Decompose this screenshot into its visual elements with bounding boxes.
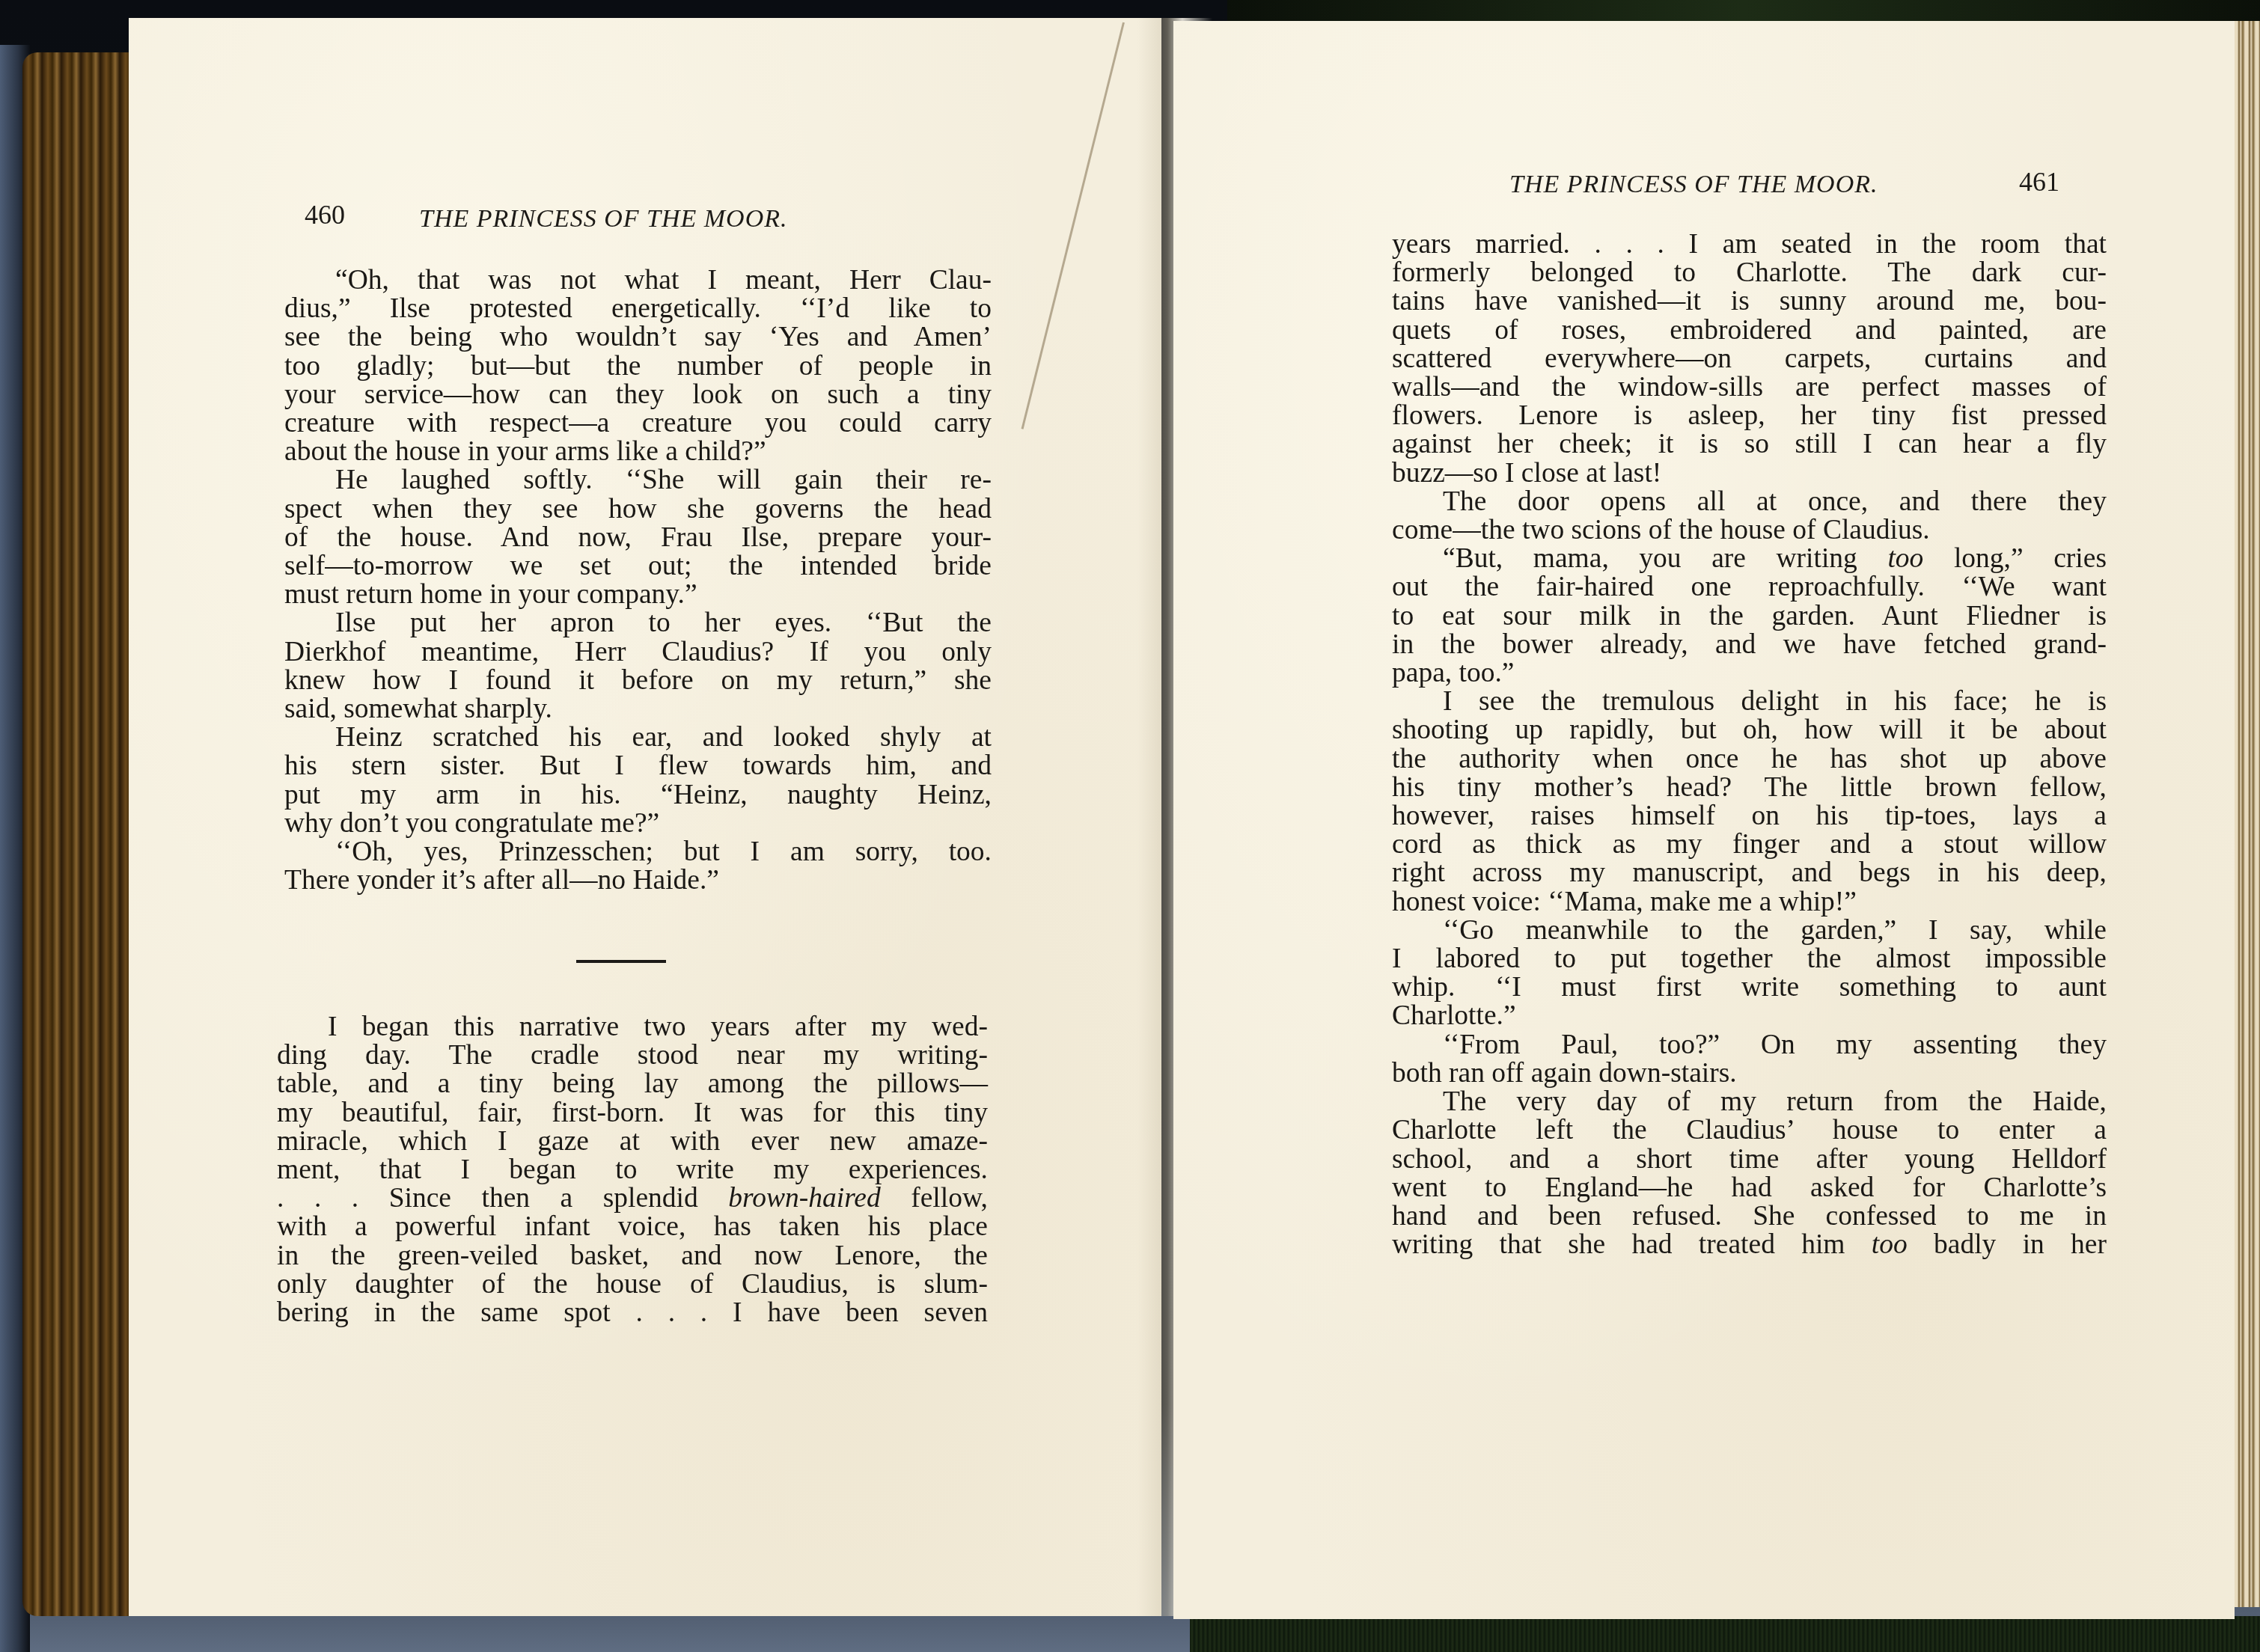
text-line: hand and been refused. She confessed to … <box>1392 1202 2107 1231</box>
text-line: only daughter of the house of Claudius, … <box>277 1270 988 1299</box>
right-page-body: years married. . . . I am seated in the … <box>1392 230 2107 1259</box>
text-line: Charlotte.” <box>1392 1002 2107 1030</box>
left-page-body-after-break: I began this narrative two years after m… <box>277 1013 988 1327</box>
text-line: He laughed softly. ‘‘She will gain their… <box>284 466 992 495</box>
text-line: why don’t you congratulate me?” <box>284 810 992 838</box>
text-line: walls—and the window-sills are perfect m… <box>1392 373 2107 402</box>
text-line: I labored to put together the almost imp… <box>1392 945 2107 973</box>
text-line: school, and a short time after young Hel… <box>1392 1145 2107 1174</box>
right-page: THE PRINCESS OF THE MOOR. 461 years marr… <box>1173 21 2235 1619</box>
text-line: to eat sour milk in the garden. Aunt Fli… <box>1392 602 2107 631</box>
running-head-left: THE PRINCESS OF THE MOOR. <box>419 205 787 233</box>
text-line: buzz—so I close at last! <box>1392 459 2107 488</box>
text-line: self—to-morrow we set out; the intended … <box>284 552 992 581</box>
text-line: “Oh, that was not what I meant, Herr Cla… <box>284 266 992 295</box>
text-line: went to England—he had asked for Charlot… <box>1392 1174 2107 1202</box>
text-line: years married. . . . I am seated in the … <box>1392 230 2107 259</box>
text-line: both ran off again down-stairs. <box>1392 1059 2107 1088</box>
text-line: see the being who wouldn’t say ‘Yes and … <box>284 323 992 352</box>
text-line: “But, mama, you are writing too long,” c… <box>1392 545 2107 573</box>
text-line: ‘‘From Paul, too?” On my assenting they <box>1392 1031 2107 1059</box>
left-page-edges <box>22 52 131 1616</box>
text-line: ‘‘Go meanwhile to the garden,” I say, wh… <box>1392 917 2107 945</box>
page-number-left: 460 <box>305 199 345 230</box>
text-line: tains have vanished—it is sunny around m… <box>1392 287 2107 316</box>
text-line: Heinz scratched his ear, and looked shyl… <box>284 723 992 752</box>
text-line: Charlotte left the Claudius’ house to en… <box>1392 1116 2107 1145</box>
left-page: 460 THE PRINCESS OF THE MOOR. “Oh, that … <box>129 18 1161 1616</box>
text-line: ment, that I began to write my experienc… <box>277 1156 988 1184</box>
text-line: papa, too.” <box>1392 659 2107 688</box>
text-line: I began this narrative two years after m… <box>277 1013 988 1041</box>
text-line: must return home in your company.” <box>284 581 992 609</box>
text-line: ding day. The cradle stood near my writi… <box>277 1041 988 1070</box>
text-line: said, somewhat sharply. <box>284 695 992 723</box>
text-line: honest voice: ‘‘Mama, make me a whip!” <box>1392 888 2107 917</box>
text-line: too gladly; but—but the number of people… <box>284 352 992 381</box>
text-line: Ilse put her apron to her eyes. ‘‘But th… <box>284 609 992 637</box>
text-line: against her cheek; it is so still I can … <box>1392 430 2107 459</box>
text-line: flowers. Lenore is asleep, her tiny fist… <box>1392 402 2107 430</box>
section-divider <box>576 960 666 963</box>
text-line: his stern sister. But I flew towards him… <box>284 752 992 780</box>
text-line: ‘‘Oh, yes, Prinzesschen; but I am sorry,… <box>284 838 992 866</box>
text-line: your service—how can they look on such a… <box>284 381 992 409</box>
text-line: in the green-veiled basket, and now Leno… <box>277 1242 988 1270</box>
text-line: spect when they see how she governs the … <box>284 495 992 524</box>
text-line: cord as thick as my finger and a stout w… <box>1392 830 2107 859</box>
book-cover-bottom <box>1190 1616 2260 1652</box>
running-head-right: THE PRINCESS OF THE MOOR. <box>1509 171 1878 199</box>
text-line: I see the tremulous delight in his face;… <box>1392 688 2107 716</box>
text-line: with a powerful infant voice, has taken … <box>277 1213 988 1241</box>
text-line: scattered everywhere—on carpets, curtain… <box>1392 345 2107 373</box>
right-page-edges <box>2230 21 2260 1607</box>
text-line: his tiny mother’s head? The little brown… <box>1392 774 2107 802</box>
text-line: of the house. And now, Frau Ilse, prepar… <box>284 524 992 552</box>
text-line: out the fair-haired one reproachfully. ‘… <box>1392 573 2107 602</box>
text-line: . . . Since then a splendid brown-haired… <box>277 1184 988 1213</box>
text-line: quets of roses, embroidered and painted,… <box>1392 316 2107 345</box>
text-line: however, raises himself on his tip-toes,… <box>1392 802 2107 830</box>
text-line: the authority when once he has shot up a… <box>1392 745 2107 774</box>
text-line: The very day of my return from the Haide… <box>1392 1088 2107 1116</box>
text-line: table, and a tiny being lay among the pi… <box>277 1070 988 1098</box>
left-page-body: “Oh, that was not what I meant, Herr Cla… <box>284 266 992 895</box>
text-line: dius,” Ilse protested energetically. ‘‘I… <box>284 295 992 323</box>
text-line: creature with respect—a creature you cou… <box>284 409 992 438</box>
text-line: right across my manuscript, and begs in … <box>1392 859 2107 887</box>
text-line: The door opens all at once, and there th… <box>1392 488 2107 516</box>
text-line: my beautiful, fair, first-born. It was f… <box>277 1099 988 1128</box>
text-line: about the house in your arms like a chil… <box>284 438 992 466</box>
text-line: whip. ‘‘I must first write something to … <box>1392 973 2107 1002</box>
book-cover-top <box>1227 0 2260 22</box>
text-line: put my arm in his. “Heinz, naughty Heinz… <box>284 781 992 810</box>
text-line: miracle, which I gaze at with ever new a… <box>277 1128 988 1156</box>
page-number-right: 461 <box>2019 166 2059 198</box>
text-line: writing that she had treated him too bad… <box>1392 1231 2107 1259</box>
text-line: shooting up rapidly, but oh, how will it… <box>1392 716 2107 744</box>
text-line: in the bower already, and we have fetche… <box>1392 631 2107 659</box>
text-line: bering in the same spot . . . I have bee… <box>277 1299 988 1327</box>
text-line: Dierkhof meantime, Herr Claudius? If you… <box>284 638 992 667</box>
text-line: There yonder it’s after all—no Haide.” <box>284 866 992 895</box>
text-line: formerly belonged to Charlotte. The dark… <box>1392 259 2107 287</box>
text-line: come—the two scions of the house of Clau… <box>1392 516 2107 545</box>
text-line: knew how I found it before on my return,… <box>284 667 992 695</box>
